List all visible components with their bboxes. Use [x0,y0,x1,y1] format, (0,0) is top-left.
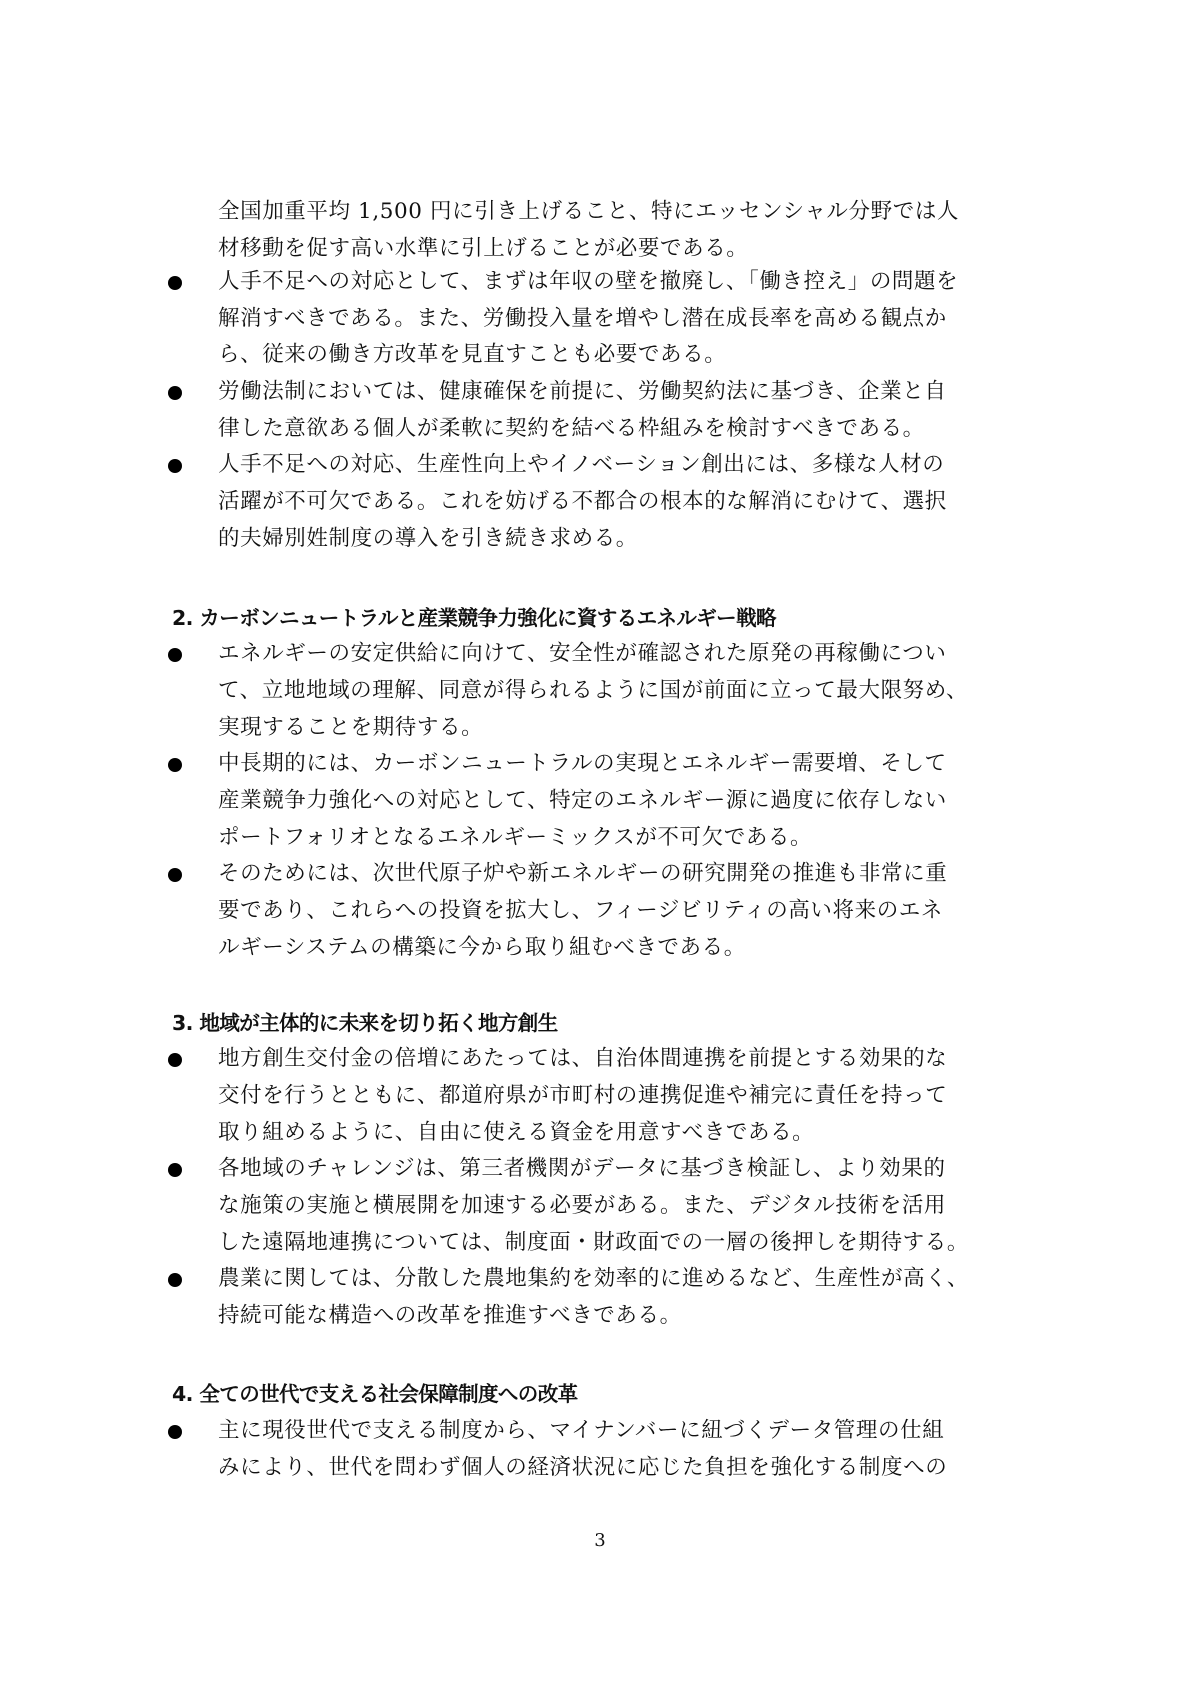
text-line: 取り組めるように、自由に使える資金を用意すべきである。 [218,1120,814,1146]
page-number: 3 [0,1530,1200,1551]
text-line: した遠隔地連携については、制度面・財政面での一層の後押しを期待する。 [218,1230,969,1256]
bullet-icon [168,1425,182,1439]
bullet-icon [168,648,182,662]
text-line: 産業競争力強化への対応として、特定のエネルギー源に過度に依存しない [218,788,947,814]
text-line: 農業に関しては、分散した農地集約を効率的に進めるなど、生産性が高く、 [218,1266,969,1292]
text-line: 主に現役世代で支える制度から、マイナンバーに紐づくデータ管理の仕組 [218,1418,944,1444]
text-line: 中長期的には、カーボンニュートラルの実現とエネルギー需要増、そして [218,751,947,777]
text-line: 地方創生交付金の倍増にあたっては、自治体間連携を前提とする効果的な [218,1046,947,1072]
text-line: 律した意欲ある個人が柔軟に契約を結べる枠組みを検討すべきである。 [218,416,925,442]
bullet-icon [168,276,182,290]
text-line: エネルギーの安定供給に向けて、安全性が確認された原発の再稼働につい [218,641,946,667]
text-line: 交付を行うとともに、都道府県が市町村の連携促進や補完に責任を持って [218,1083,947,1109]
text-line: ポートフォリオとなるエネルギーミックスが不可欠である。 [218,825,812,851]
bullet-icon [168,386,182,400]
text-line: 材移動を促す高い水準に引上げることが必要である。 [218,236,748,262]
bullet-icon [168,1053,182,1067]
text-line: な施策の実施と横展開を加速する必要がある。また、デジタル技術を活用 [218,1193,946,1219]
bullet-icon [168,459,182,473]
bullet-icon [168,758,182,772]
bullet-icon [168,1273,182,1287]
text-line: 全国加重平均 1,500 円に引き上げること、特にエッセンシャル分野では人 [218,199,959,225]
text-line: ら、従来の働き方改革を見直すことも必要である。 [218,342,726,368]
text-line: 実現することを期待する。 [218,715,483,741]
bullet-icon [168,868,182,882]
text-line: て、立地地域の理解、同意が得られるように国が前面に立って最大限努め、 [218,678,968,704]
text-line: 解消すべきである。また、労働投入量を増やし潜在成長率を高める観点か [218,306,947,332]
section-heading: 3. 地域が主体的に未来を切り拓く地方創生 [172,1010,558,1036]
text-line: 人手不足への対応、生産性向上やイノベーション創出には、多様な人材の [218,452,944,478]
text-line: そのためには、次世代原子炉や新エネルギーの研究開発の推進も非常に重 [218,861,947,887]
text-line: 各地域のチャレンジは、第三者機関がデータに基づき検証し、より効果的 [218,1156,946,1182]
section-heading: 4. 全ての世代で支える社会保障制度への改革 [172,1381,578,1407]
text-line: 活躍が不可欠である。これを妨げる不都合の根本的な解消にむけて、選択 [218,489,947,515]
text-line: ルギーシステムの構築に今から取り組むべきである。 [218,935,746,961]
section-heading: 2. カーボンニュートラルと産業競争力強化に資するエネルギー戦略 [172,605,776,631]
text-line: みにより、世代を問わず個人の経済状況に応じた負担を強化する制度への [218,1455,947,1481]
bullet-icon [168,1163,182,1177]
text-line: 要であり、これらへの投資を拡大し、フィージビリティの高い将来のエネ [218,898,943,924]
text-line: 人手不足への対応として、まずは年収の壁を撤廃し、「働き控え」の問題を [218,269,958,295]
text-line: 持続可能な構造への改革を推進すべきである。 [218,1303,682,1329]
text-line: 的夫婦別姓制度の導入を引き続き求める。 [218,526,638,552]
text-line: 労働法制においては、健康確保を前提に、労働契約法に基づき、企業と自 [218,379,946,405]
